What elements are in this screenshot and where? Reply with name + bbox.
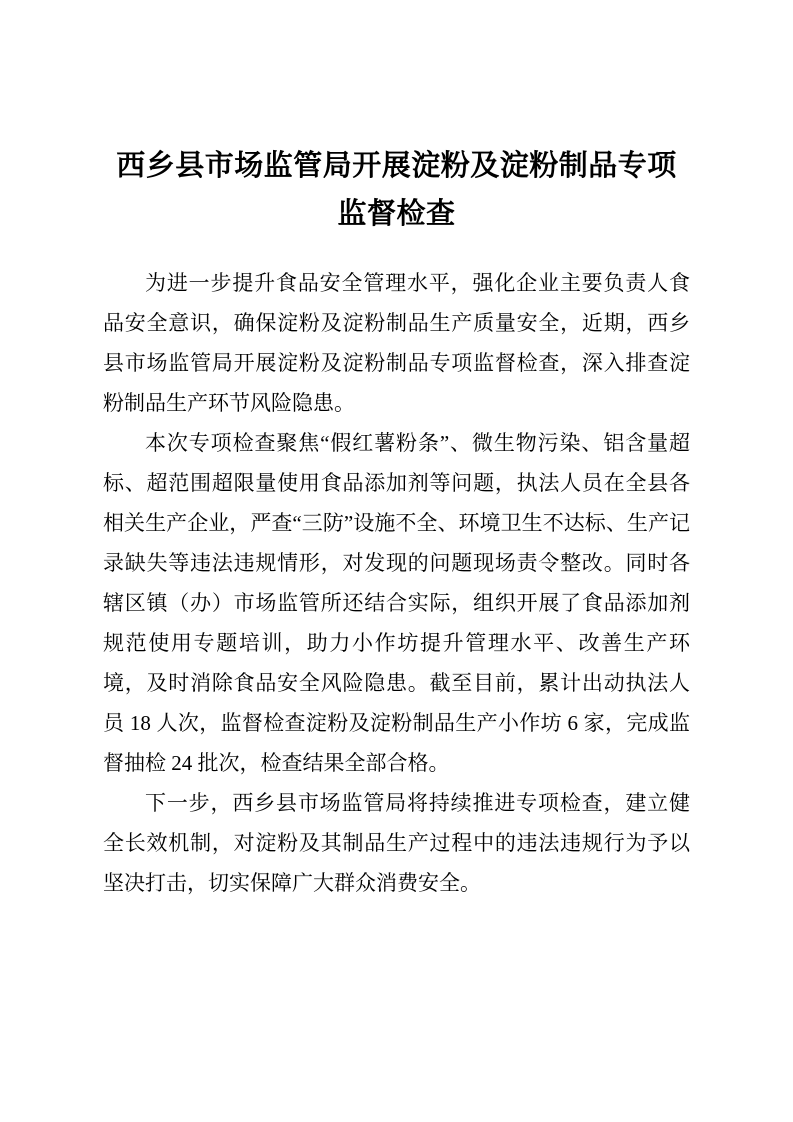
paragraph-inspection-details: 本次专项检查聚焦“假红薯粉条”、微生物污染、铝含量超标、超范围超限量使用食品添加… — [103, 423, 690, 783]
document-title: 西乡县市场监管局开展淀粉及淀粉制品专项监督检查 — [103, 142, 690, 238]
document-page: 西乡县市场监管局开展淀粉及淀粉制品专项监督检查 为进一步提升食品安全管理水平，强… — [0, 0, 793, 1122]
paragraph-next-steps: 下一步，西乡县市场监管局将持续推进专项检查，建立健全长效机制，对淀粉及其制品生产… — [103, 783, 690, 903]
document-canvas: { "document": { "title": "西乡县市场监管局开展淀粉及淀… — [0, 0, 793, 1122]
paragraph-intro: 为进一步提升食品安全管理水平，强化企业主要负责人食品安全意识，确保淀粉及淀粉制品… — [103, 263, 690, 423]
document-body: 为进一步提升食品安全管理水平，强化企业主要负责人食品安全意识，确保淀粉及淀粉制品… — [103, 263, 690, 903]
